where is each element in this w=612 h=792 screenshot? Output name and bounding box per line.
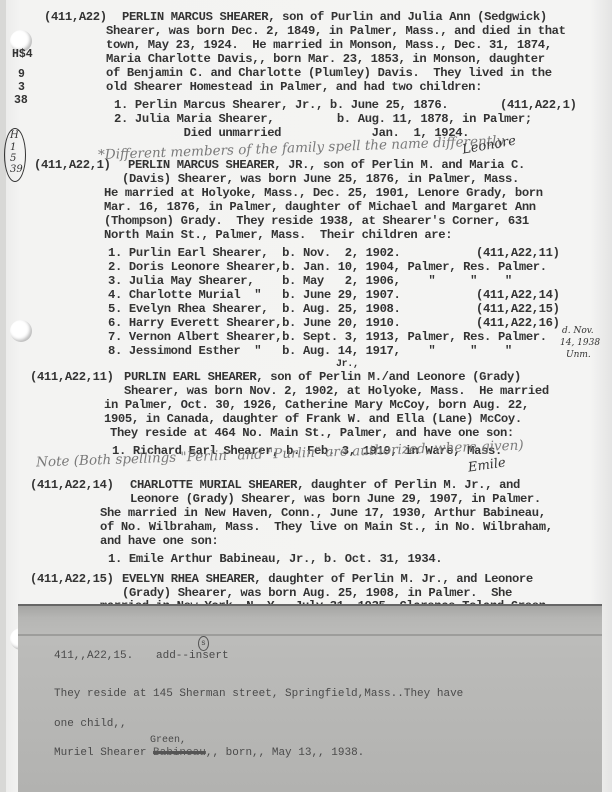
margin-date-line: 9 (18, 68, 25, 82)
child-line: 3. Julia May Shearer, b. May 2, 1906, " … (108, 274, 512, 288)
slip-fold (18, 634, 602, 636)
child-line: 2. Doris Leonore Shearer,b. Jan. 10, 190… (108, 260, 547, 274)
child-line: 1. Purlin Earl Shearer, b. Nov. 2, 1902. (108, 246, 400, 260)
document-page: H$4 9 3 38 H 1 5 39 (411,A22) PERLIN MAR… (0, 0, 612, 792)
entry-text-line: Mar. 16, 1876, in Palmer, daughter of Mi… (104, 200, 536, 214)
slip-birth: ,, born,, May 13,, 1938. (206, 747, 364, 759)
entry-text-line: PERLIN MARCUS SHEARER, JR., son of Perli… (128, 158, 525, 172)
entry-text-line: Shearer, was born Nov. 2, 1902, at Holyo… (124, 384, 549, 398)
entry-id: (411,A22,14) (30, 478, 114, 492)
handwritten-correction: Emile (467, 455, 507, 475)
entry-text-line: EVELYN RHEA SHEARER, daughter of Perlin … (122, 572, 533, 586)
child-line: 4. Charlotte Murial " b. June 29, 1907. (108, 288, 400, 302)
slip-action: add--insert (156, 650, 229, 663)
struck-text: Babineau (153, 747, 206, 759)
entry-text-line: Shearer, was born Dec. 2, 1849, in Palme… (106, 24, 566, 38)
handwritten-death-note: 14, 1938 (560, 338, 600, 348)
handwritten-note: Note (Both spellings "Perlin" and "Purli… (36, 437, 524, 470)
entry-id: (411,A22,11) (30, 370, 114, 384)
handwritten-death-note: d. Nov. (562, 326, 594, 336)
child-ref: (411,A22,11) (476, 246, 560, 260)
child-line: 8. Jessimond Esther " b. Aug. 14, 1917, … (108, 344, 512, 358)
entry-text-line: North Main St., Palmer, Mass. Their chil… (104, 228, 452, 242)
entry-text-line: He married at Holyoke, Mass., Dec. 25, 1… (104, 186, 543, 200)
entry-text-line: PERLIN MARCUS SHEARER, son of Purlin and… (122, 10, 547, 24)
slip-correction-mark: s (198, 636, 209, 651)
child-line: 5. Evelyn Rhea Shearer, b. Aug. 25, 1908… (108, 302, 400, 316)
child-line: 2. Julia Maria Shearer, b. Aug. 11, 1878… (114, 112, 532, 126)
entry-text-line: PURLIN EARL SHEARER, son of Perlin M./an… (124, 370, 521, 384)
entry-text-line: old Shearer Homestead in Palmer, and had… (106, 80, 482, 94)
entry-text-line: in Palmer, Oct. 30, 1926, Catherine Mary… (104, 398, 529, 412)
entry-text-line: of No. Wilbraham, Mass. They live on Mai… (100, 520, 553, 534)
child-line: 1. Emile Arthur Babineau, Jr., b. Oct. 3… (108, 552, 442, 566)
slip-ref: 411,,A22,15. (54, 650, 133, 663)
binder-hole (10, 320, 32, 342)
entry-text-line: (Davis) Shearer, was born June 25, 1876,… (122, 172, 519, 186)
child-ref: (411,A22,14) (476, 288, 560, 302)
attached-correction-slip: 411,,A22,15. add--insert s They reside a… (18, 604, 602, 792)
child-ref: (411,A22,16) (476, 316, 560, 330)
slip-line: one child,, (54, 718, 127, 731)
entry-text-line: town, May 23, 1924. He married in Monson… (106, 38, 552, 52)
entry-id: (411,A22,15) (30, 572, 114, 586)
margin-date-line: 3 (18, 81, 25, 95)
entry-text-line: CHARLOTTE MURIAL SHEARER, daughter of Pe… (130, 478, 520, 492)
entry-text-line: of Benjamin C. and Charlotte (Plumley) D… (106, 66, 552, 80)
slip-line: Muriel Shearer Babineau,, born,, May 13,… (54, 747, 364, 760)
entry-text-line: Leonore (Grady) Shearer, was born June 2… (130, 492, 541, 506)
margin-ref: H$4 (12, 48, 33, 62)
entry-text-line: (Grady) Shearer, was born Aug. 25, 1908,… (122, 586, 512, 600)
slip-line: They reside at 145 Sherman street, Sprin… (54, 688, 463, 701)
handwritten-death-note: Unm. (566, 350, 591, 360)
page-edge (0, 0, 6, 792)
slip-insertion: Green, (150, 734, 186, 747)
child-ref: (411,A22,1) (500, 98, 577, 112)
entry-text-line: (Thompson) Grady. They reside 1938, at S… (104, 214, 529, 228)
slip-name: Muriel Shearer (54, 747, 146, 759)
child-line: 6. Harry Everett Shearer,b. June 20, 191… (108, 316, 400, 330)
circled-margin-note: H 1 5 39 (4, 128, 26, 182)
margin-date-line: 38 (14, 94, 28, 108)
child-line: 7. Vernon Albert Shearer,b. Sept. 3, 191… (108, 330, 547, 344)
entry-text-line: They reside at 464 No. Main St., Palmer,… (110, 426, 514, 440)
entry-text-line: She married in New Haven, Conn., June 17… (100, 506, 546, 520)
entry-id: (411,A22) (44, 10, 107, 24)
entry-text-line: and have one son: (100, 534, 218, 548)
child-line: 1. Perlin Marcus Shearer, Jr., b. June 2… (114, 98, 448, 112)
entry-text-line: 1905, in Canada, daughter of Frank W. an… (104, 412, 522, 426)
entry-id: (411,A22,1) (34, 158, 111, 172)
child-ref: (411,A22,15) (476, 302, 560, 316)
entry-text-line: Maria Charlotte Davis,, born Mar. 23, 18… (106, 52, 545, 66)
